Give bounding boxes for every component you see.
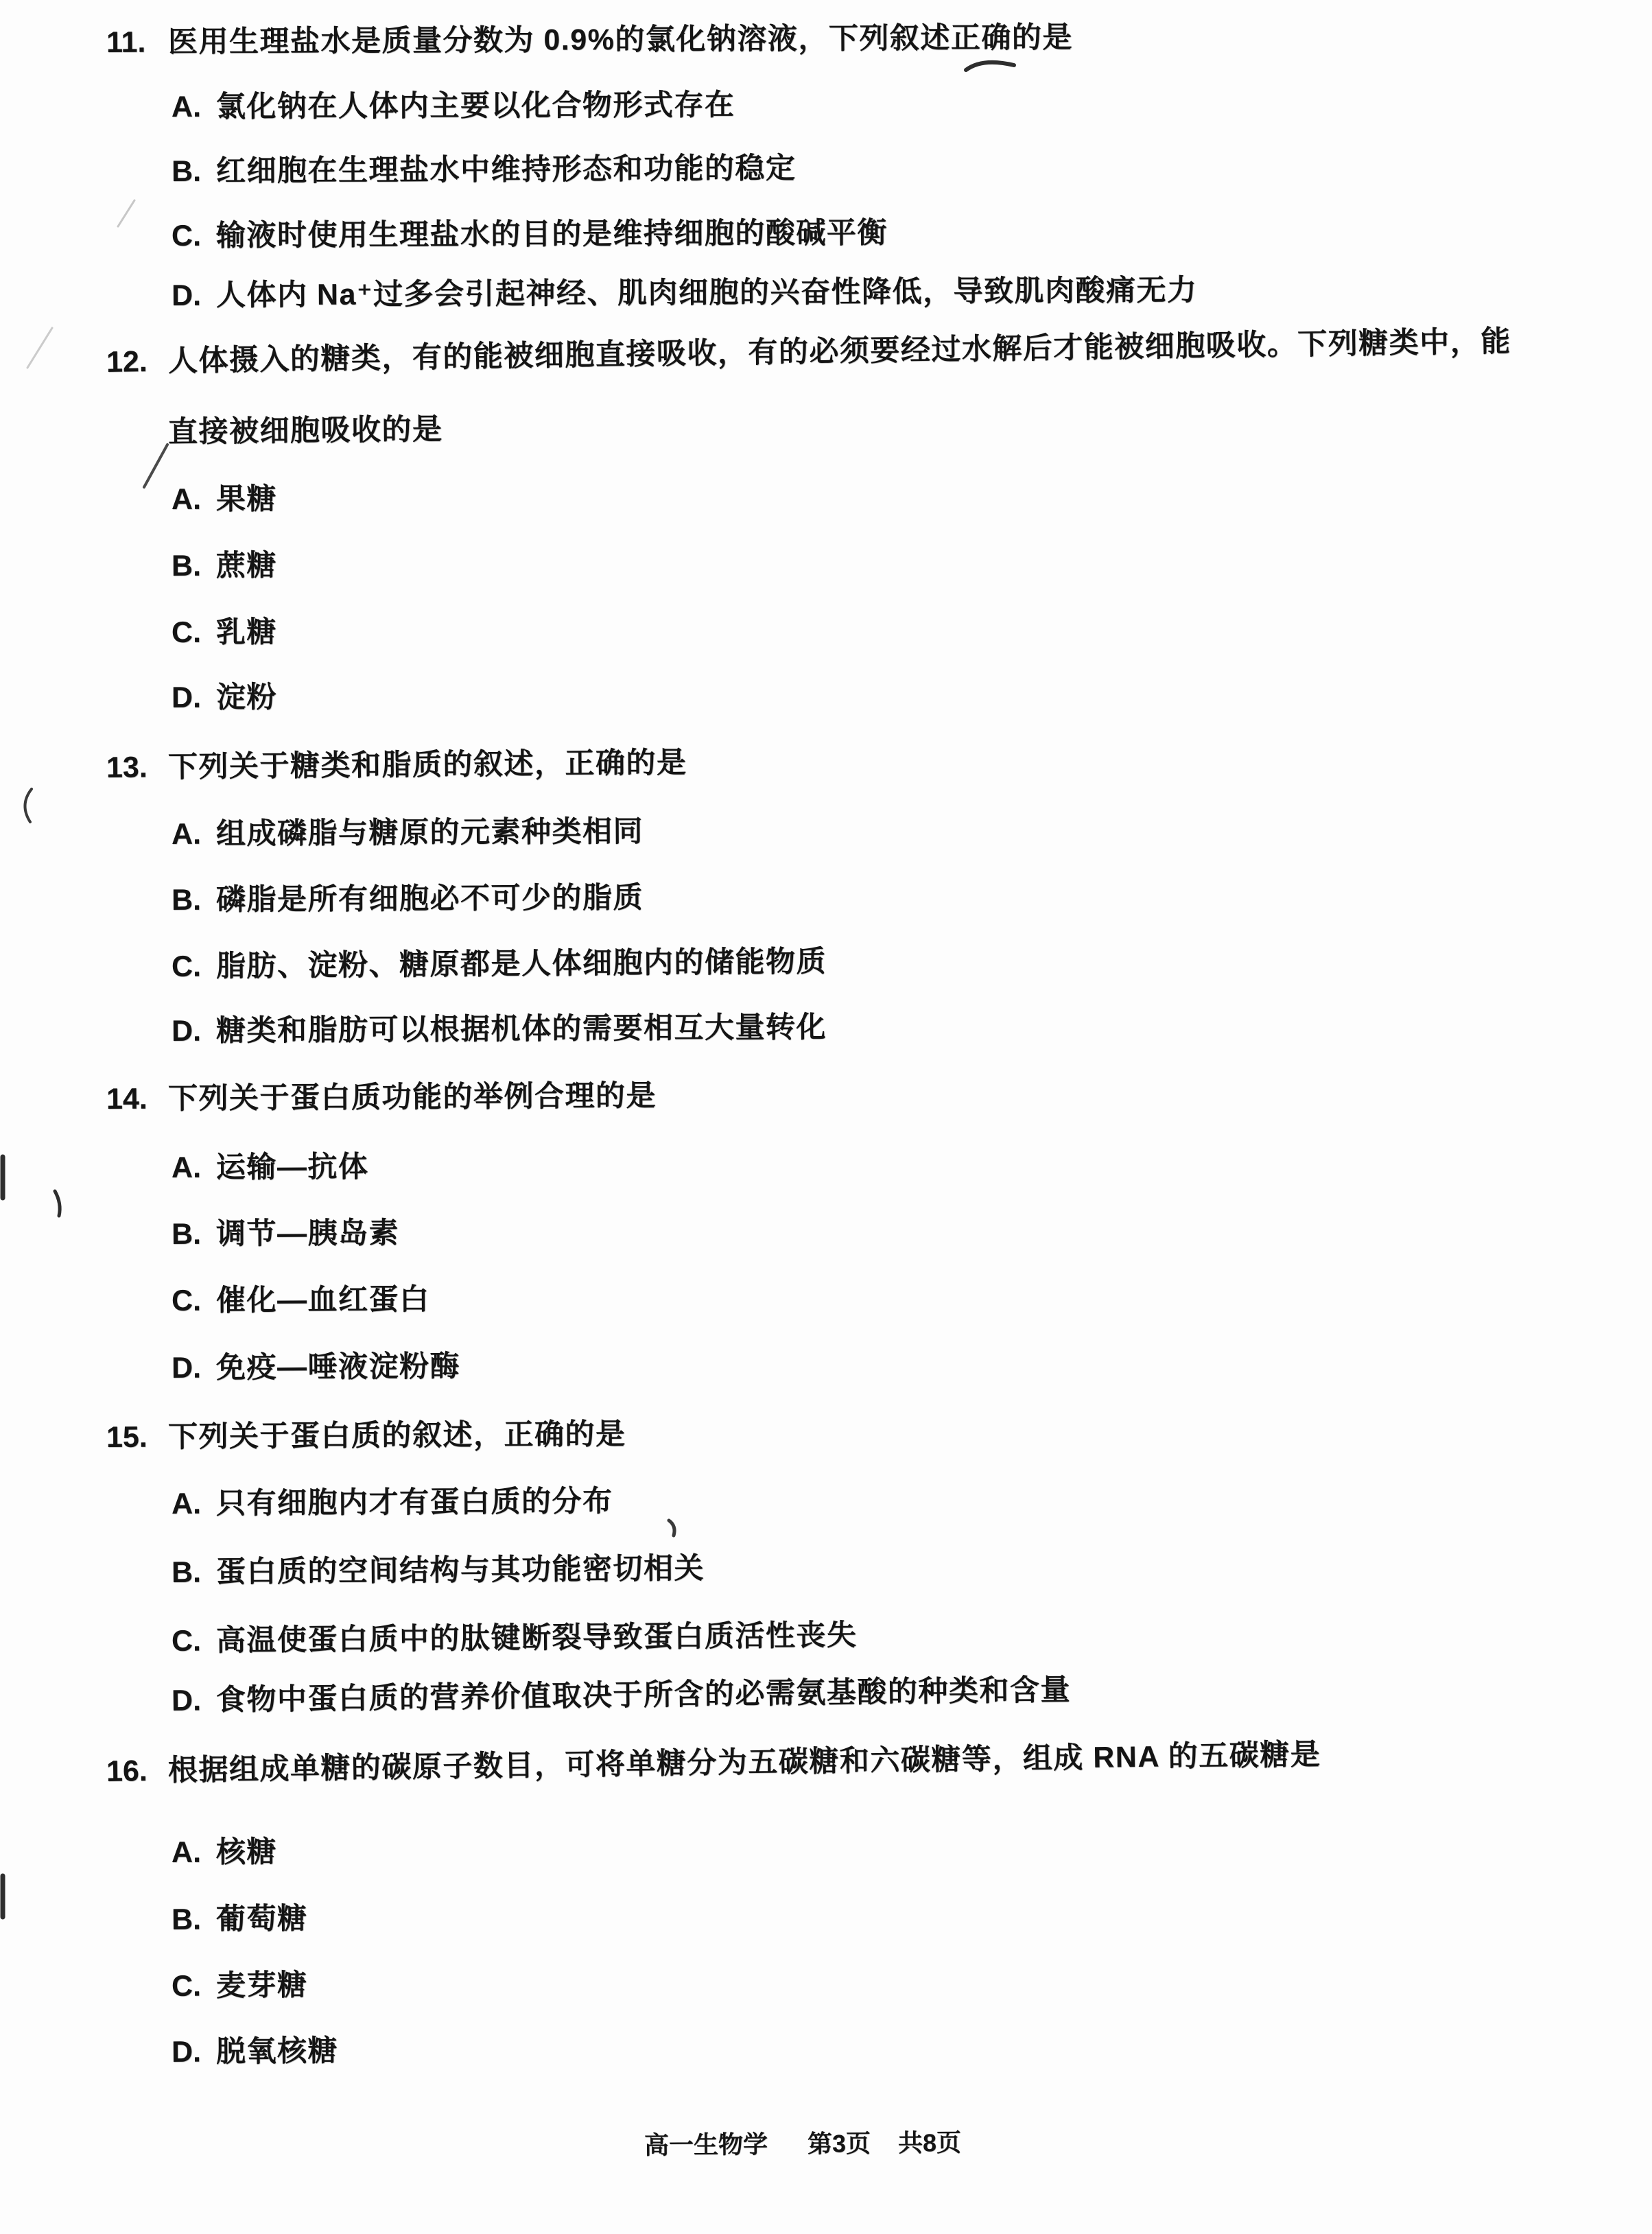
option-text: 核糖 — [216, 1835, 277, 1868]
question-number: 12. — [106, 344, 169, 380]
option-label: C. — [172, 948, 216, 985]
question-11-option-c: C.输液时使用生理盐水的目的是维持细胞的酸碱平衡 — [172, 215, 888, 254]
question-13-option-c: C.脂肪、淀粉、糖原都是人体细胞内的储能物质 — [172, 944, 827, 985]
question-11-option-d: D.人体内 Na⁺过多会引起神经、肌肉细胞的兴奋性降低，导致肌肉酸痛无力 — [172, 272, 1198, 314]
option-label: C. — [172, 615, 216, 650]
option-text: 红细胞在生理盐水中维持形态和功能的稳定 — [216, 152, 796, 187]
question-number: 11. — [106, 25, 168, 60]
option-label: A. — [172, 816, 216, 852]
option-label: C. — [172, 1968, 216, 2004]
question-12-option-c: C.乳糖 — [172, 614, 277, 650]
option-label: D. — [172, 278, 216, 314]
question-13-option-d: D.糖类和脂肪可以根据机体的需要相互大量转化 — [172, 1009, 827, 1049]
question-16-option-d: D.脱氧核糖 — [172, 2033, 338, 2070]
footer-course: 高一生物学 — [644, 2130, 768, 2159]
question-number: 15. — [106, 1419, 168, 1455]
option-label: D. — [172, 680, 216, 716]
option-label: D. — [172, 1350, 216, 1386]
option-label: B. — [172, 1216, 216, 1252]
question-text: 直接被细胞吸收的是 — [168, 413, 443, 449]
scan-artifact-faint-slash-1 — [118, 200, 134, 226]
question-text: 下列关于蛋白质功能的举例合理的是 — [168, 1079, 657, 1115]
exam-page: 11.医用生理盐水是质量分数为 0.9%的氯化钠溶液，下列叙述正确的是 A.氯化… — [0, 0, 1652, 2234]
question-12-option-d: D.淀粉 — [172, 679, 277, 716]
question-text: 下列关于糖类和脂质的叙述，正确的是 — [168, 746, 687, 784]
scan-artifact-faint-slash-2 — [27, 328, 52, 368]
question-13-option-a: A.组成磷脂与糖原的元素种类相同 — [172, 814, 644, 852]
option-text: 运输—抗体 — [216, 1151, 369, 1184]
question-15-option-a: A.只有细胞内才有蛋白质的分布 — [172, 1483, 613, 1522]
option-text: 食物中蛋白质的营养价值取决于所含的必需氨基酸的种类和含量 — [216, 1673, 1071, 1717]
option-text: 调节—胰岛素 — [216, 1216, 399, 1250]
option-label: A. — [172, 1486, 216, 1522]
question-14-option-a: A.运输—抗体 — [172, 1149, 369, 1186]
question-15-stem: 15.下列关于蛋白质的叙述，正确的是 — [106, 1416, 626, 1455]
footer-total-pages: 共8页 — [898, 2128, 961, 2157]
question-number: 14. — [106, 1081, 168, 1117]
option-text: 磷脂是所有细胞必不可少的脂质 — [216, 881, 644, 916]
question-14-stem: 14.下列关于蛋白质功能的举例合理的是 — [106, 1078, 657, 1117]
question-16-option-a: A.核糖 — [172, 1834, 277, 1870]
option-label: A. — [172, 482, 216, 517]
question-text: 人体摄入的糖类，有的能被细胞直接吸收，有的必须要经过水解后才能被细胞吸收。下列糖… — [168, 325, 1511, 378]
option-label: D. — [172, 2034, 216, 2070]
question-11-option-b: B.红细胞在生理盐水中维持形态和功能的稳定 — [172, 150, 796, 189]
question-number: 13. — [106, 749, 168, 786]
question-12-stem: 12.人体摄入的糖类，有的能被细胞直接吸收，有的必须要经过水解后才能被细胞吸收。… — [106, 324, 1512, 380]
option-text: 催化—血红蛋白 — [216, 1283, 430, 1317]
option-text: 果糖 — [216, 482, 277, 515]
option-label: B. — [172, 548, 216, 584]
scan-artifact-slash — [144, 445, 167, 487]
option-text: 免疫—唾液淀粉酶 — [216, 1350, 460, 1384]
question-15-option-c: C.高温使蛋白质中的肽键断裂导致蛋白质活性丧失 — [172, 1617, 858, 1659]
option-text: 乳糖 — [216, 615, 277, 648]
question-text: 根据组成单糖的碳原子数目，可将单糖分为五碳糖和六碳糖等，组成 RNA 的五碳糖是 — [168, 1738, 1321, 1787]
question-16-stem: 16.根据组成单糖的碳原子数目，可将单糖分为五碳糖和六碳糖等，组成 RNA 的五… — [106, 1737, 1321, 1789]
option-label: B. — [172, 1554, 216, 1590]
option-label: A. — [172, 89, 216, 125]
option-label: D. — [172, 1013, 216, 1049]
option-text: 输液时使用生理盐水的目的是维持细胞的酸碱平衡 — [216, 216, 888, 252]
question-12-option-b: B.蔗糖 — [172, 548, 277, 584]
scan-artifact-tick — [966, 62, 1014, 70]
question-16-option-b: B.葡萄糖 — [172, 1901, 308, 1938]
option-text: 蔗糖 — [216, 549, 277, 582]
option-label: C. — [172, 1623, 216, 1659]
scan-artifact-paren — [25, 789, 32, 822]
option-label: C. — [172, 1283, 216, 1319]
scan-artifact-comma — [55, 1191, 60, 1216]
question-text: 医用生理盐水是质量分数为 0.9%的氯化钠溶液，下列叙述正确的是 — [168, 21, 1073, 59]
option-label: C. — [172, 218, 216, 254]
question-13-option-b: B.磷脂是所有细胞必不可少的脂质 — [172, 880, 644, 918]
option-text: 脱氧核糖 — [216, 2034, 338, 2068]
option-text: 组成磷脂与糖原的元素种类相同 — [216, 815, 644, 851]
question-16-option-c: C.麦芽糖 — [172, 1967, 308, 2004]
option-text: 葡萄糖 — [216, 1902, 308, 1936]
question-number: 16. — [106, 1753, 169, 1789]
question-14-option-d: D.免疫—唾液淀粉酶 — [172, 1348, 460, 1386]
question-11-stem: 11.医用生理盐水是质量分数为 0.9%的氯化钠溶液，下列叙述正确的是 — [106, 20, 1073, 60]
scan-artifact-dun-mark — [669, 1520, 674, 1536]
option-label: A. — [172, 1835, 216, 1870]
option-label: A. — [172, 1150, 216, 1186]
footer-page-number: 第3页 — [807, 2129, 871, 2158]
option-text: 人体内 Na⁺过多会引起神经、肌肉细胞的兴奋性降低，导致肌肉酸痛无力 — [216, 274, 1198, 311]
option-text: 脂肪、淀粉、糖原都是人体细胞内的储能物质 — [216, 945, 827, 983]
option-label: B. — [172, 1901, 216, 1938]
question-15-option-b: B.蛋白质的空间结构与其功能密切相关 — [172, 1551, 705, 1590]
question-text: 下列关于蛋白质的叙述，正确的是 — [168, 1418, 626, 1453]
option-text: 只有细胞内才有蛋白质的分布 — [216, 1485, 613, 1520]
page-footer: 高一生物学第3页共8页 — [644, 2128, 961, 2161]
option-text: 麦芽糖 — [216, 1968, 308, 2002]
option-text: 蛋白质的空间结构与其功能密切相关 — [216, 1552, 705, 1589]
question-14-option-b: B.调节—胰岛素 — [172, 1215, 399, 1252]
option-label: B. — [172, 882, 216, 918]
question-12-option-a: A.果糖 — [172, 481, 277, 517]
option-text: 氯化钠在人体内主要以化合物形式存在 — [216, 89, 735, 124]
option-label: B. — [172, 154, 216, 189]
option-text: 糖类和脂肪可以根据机体的需要相互大量转化 — [216, 1011, 827, 1047]
question-13-stem: 13.下列关于糖类和脂质的叙述，正确的是 — [106, 745, 687, 786]
question-11-option-a: A.氯化钠在人体内主要以化合物形式存在 — [172, 87, 735, 125]
question-12-stem-line2: 直接被细胞吸收的是 — [168, 412, 443, 450]
option-label: D. — [172, 1682, 217, 1719]
option-text: 淀粉 — [216, 681, 277, 714]
question-14-option-c: C.催化—血红蛋白 — [172, 1282, 430, 1319]
option-text: 高温使蛋白质中的肽键断裂导致蛋白质活性丧失 — [216, 1619, 858, 1657]
question-15-option-d: D.食物中蛋白质的营养价值取决于所含的必需氨基酸的种类和含量 — [172, 1672, 1072, 1719]
